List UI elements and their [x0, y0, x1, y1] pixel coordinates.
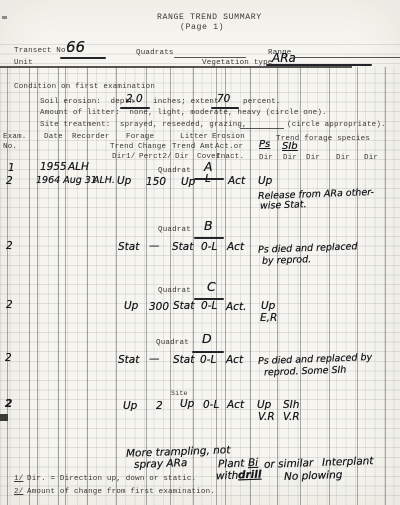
quadrats-label: Quadrats [136, 50, 174, 58]
header-dir-2: Dir [283, 155, 297, 163]
header-dir-5: Dir [364, 155, 378, 163]
vegetation-underline [266, 64, 372, 66]
row2-forage-pct: 150 [146, 177, 166, 188]
column-rule [277, 67, 278, 505]
header-forage-pct: Perct2/ [139, 154, 172, 162]
rows-erosion: Act [227, 400, 244, 411]
rowd-exam-no: 2 [5, 353, 12, 364]
rowd-erosion: Act [226, 355, 243, 366]
scanned-form-page: RANGE TREND SUMMARY (Page 1) Transect No… [0, 0, 400, 505]
rows-litter-trend: Up [180, 399, 194, 410]
header-exam-line1: Exam. [3, 134, 27, 142]
soil-erosion-suffix: percent. [243, 99, 281, 107]
quadrat-d-value: D [202, 333, 212, 346]
column-rule [300, 67, 301, 505]
header-dir-4: Dir [336, 155, 350, 163]
header-forage-dir: Dir1/ [112, 154, 136, 162]
row2-litter-trend: Up [181, 177, 195, 188]
vegetation-value: ARa [272, 52, 296, 64]
rowc-erosion: Act. [226, 302, 246, 313]
row2-species-dir: Up [258, 176, 272, 187]
row2-recorder: ALH. [93, 176, 115, 186]
quadrats-underline [174, 57, 246, 58]
scan-artifact [2, 16, 7, 19]
transect-underline [60, 57, 106, 59]
rows-forage-dir: Up [123, 401, 137, 412]
quadrat-b-value: B [204, 220, 213, 233]
column-rule [29, 67, 30, 505]
rowb-note-line2: by reprod. [262, 255, 312, 266]
header-recorder: Recorder [72, 134, 110, 142]
rowc-forage-pct: 300 [149, 302, 169, 313]
column-rule [250, 67, 251, 505]
column-rule [170, 67, 171, 505]
site-label: Site [171, 391, 188, 398]
quadrat-b-label: Quadrat [158, 227, 191, 235]
rowd-litter-amt: 0-L [200, 355, 216, 366]
footnote2-text: Amount of change from first examination. [27, 489, 215, 497]
header-litter-trend: Trend [172, 144, 196, 152]
graph-grid-vertical [0, 66, 400, 505]
rowc-forage-dir: Up [124, 301, 138, 312]
transect-value: 66 [66, 40, 85, 55]
rowb-litter-trend: Stat [172, 242, 193, 253]
quadrat-a-value: A [204, 161, 213, 174]
row2-erosion: Act [228, 176, 245, 187]
rows-species2-line1: SIh [283, 400, 299, 411]
header-forage-trend: Trend [110, 144, 134, 152]
column-rule [329, 67, 330, 505]
quadrat-d-underline [192, 351, 224, 353]
bottom-note-drill: drill [238, 470, 262, 481]
bottom-note-with: with [216, 471, 239, 482]
column-rule [37, 67, 38, 505]
header-species-hand-1: Ps [259, 140, 270, 150]
vegetation-label: Vegetation type [202, 60, 273, 68]
row2-date: 1964 Aug 31 [36, 176, 97, 186]
rowc-exam-no: 2 [6, 300, 13, 311]
footnote2-marker: 2/ [14, 489, 23, 497]
rowb-forage-change-dash: — [149, 241, 160, 252]
soil-erosion-mid: inches; extent [153, 99, 219, 107]
soil-erosion-prefix: Soil erosion: depth [40, 99, 134, 107]
column-rule [65, 67, 66, 505]
page-title: RANGE TREND SUMMARY [157, 14, 262, 22]
rowc-litter-amt: 0-L [201, 301, 217, 312]
rowb-exam-no: 2 [6, 241, 13, 252]
quadrat-c-label: Quadrat [158, 288, 191, 296]
header-forage-change: Change [138, 144, 166, 152]
row1-date: 1955 [40, 162, 67, 173]
soil-depth-value: 2.0 [126, 94, 143, 105]
bottom-note-or-similar: or similar [264, 458, 314, 470]
rowc-species-line2: E,R [260, 313, 277, 324]
page-subtitle: (Page 1) [180, 24, 224, 32]
treatment-prefix: Site treatment: sprayed, reseeded, grazi… [40, 122, 247, 130]
rowc-species-line1: Up [261, 301, 275, 312]
rows-species1-line1: Up [257, 400, 271, 411]
header-erosion-inact: Inact. [216, 154, 244, 162]
header-dir-3: Dir [306, 155, 320, 163]
rows-species1-line2: V.R [258, 412, 275, 423]
range-underline [294, 57, 400, 58]
soil-extent-value: 70 [217, 94, 230, 105]
row2-exam-no: 2 [6, 176, 13, 187]
condition-label: Condition on first examination [14, 84, 155, 92]
rowb-erosion: Act [227, 242, 244, 253]
header-species-hand-2: SIb [282, 142, 298, 152]
row2-litter-amt: L [205, 174, 211, 185]
rowd-note-line2: reprod. Some SIh [264, 366, 347, 378]
table-top-rule [0, 66, 352, 68]
footnote1-marker: 1/ [14, 476, 23, 484]
rowd-note-line1: Ps died and replaced by [258, 353, 372, 366]
quadrat-a-label: Quadrat [158, 168, 191, 176]
rows-exam-no: 2 [5, 399, 12, 410]
quadrat-b-underline [194, 237, 224, 239]
row2-note-line2: wise Stat. [260, 200, 307, 211]
header-dir-1: Dir [259, 155, 273, 163]
header-litter-amt: Amt [200, 144, 214, 152]
rowd-litter-trend: Stat [173, 355, 194, 366]
rowb-forage-dir: Stat [118, 242, 139, 253]
column-rule [357, 67, 358, 505]
scan-artifact [0, 414, 8, 421]
quadrat-d-label: Quadrat [156, 340, 189, 348]
header-erosion-act: Act.or [215, 144, 243, 152]
footnote1-text: Dir. = Direction up, down or static. [27, 476, 196, 484]
bottom-note-no-plowing: No plowing [284, 470, 343, 483]
bottom-note-species: Bi [248, 458, 258, 469]
bottom-note-line2: spray ARa [134, 458, 188, 470]
rows-species2-line2: V.R [283, 412, 300, 423]
treatment-suffix: (circle appropriate). [287, 122, 386, 130]
rows-litter-amt: 0-L [203, 400, 219, 411]
column-rule [116, 67, 117, 505]
litter-line: Amount of litter: none, light, moderate,… [40, 110, 327, 118]
header-forage: Forage [126, 134, 154, 142]
treatment-blank-underline [240, 128, 284, 129]
row1-exam-no: 1 [8, 163, 15, 174]
rowc-litter-trend: Stat [173, 301, 194, 312]
row1-recorder: ALH [68, 162, 89, 173]
row2-forage-dir: Up [117, 176, 131, 187]
column-rule [385, 67, 386, 505]
header-litter-dir: Dir [175, 154, 189, 162]
transect-label: Transect No. [14, 48, 70, 56]
quadrat-c-value: C [207, 281, 216, 294]
rowd-forage-dir: Stat [118, 355, 139, 366]
rowb-litter-amt: 0-L [201, 242, 217, 253]
rows-forage-pct: 2 [156, 401, 163, 412]
rowd-forage-change-dash: — [149, 354, 160, 365]
bottom-note-plant: Plant [218, 459, 245, 470]
header-exam-line2: No. [3, 144, 17, 152]
header-litter: Litter [180, 134, 208, 142]
header-erosion: Erosion [212, 134, 245, 142]
header-date: Date [44, 134, 63, 142]
bottom-note-interplant: Interplant [322, 456, 374, 468]
